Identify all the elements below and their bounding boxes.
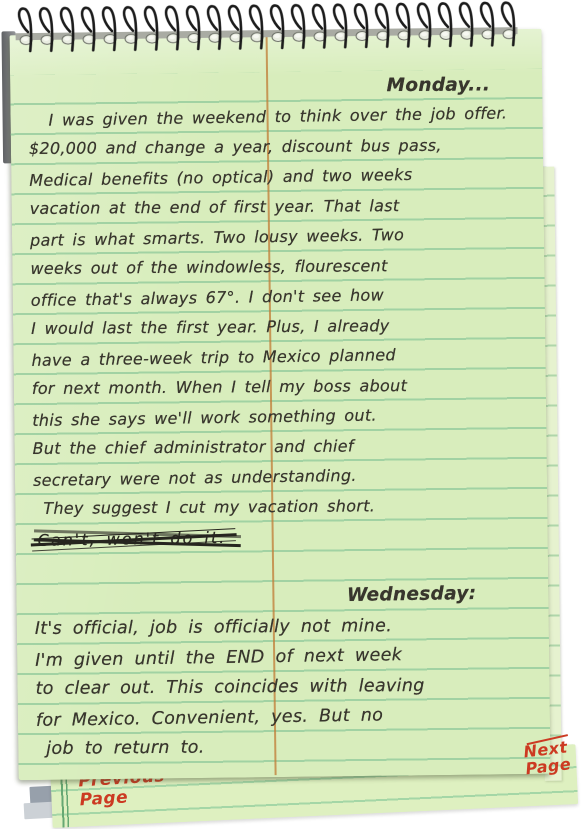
handwritten-journal: Monday... I was given the weekend to thi… <box>10 69 550 765</box>
notepad-page: Monday... I was given the weekend to thi… <box>10 29 551 780</box>
steno-notepad: Monday... I was given the weekend to thi… <box>1 0 563 797</box>
scribbled-out-text: Can't, won't do it. <box>33 523 230 556</box>
spiral-binding-icon <box>15 0 518 53</box>
journal-line: job to return to. <box>18 730 550 764</box>
scanned-notebook-photo: Previous Page Monday... I was given the … <box>0 0 584 829</box>
next-page-link[interactable]: Next Page <box>523 738 572 777</box>
